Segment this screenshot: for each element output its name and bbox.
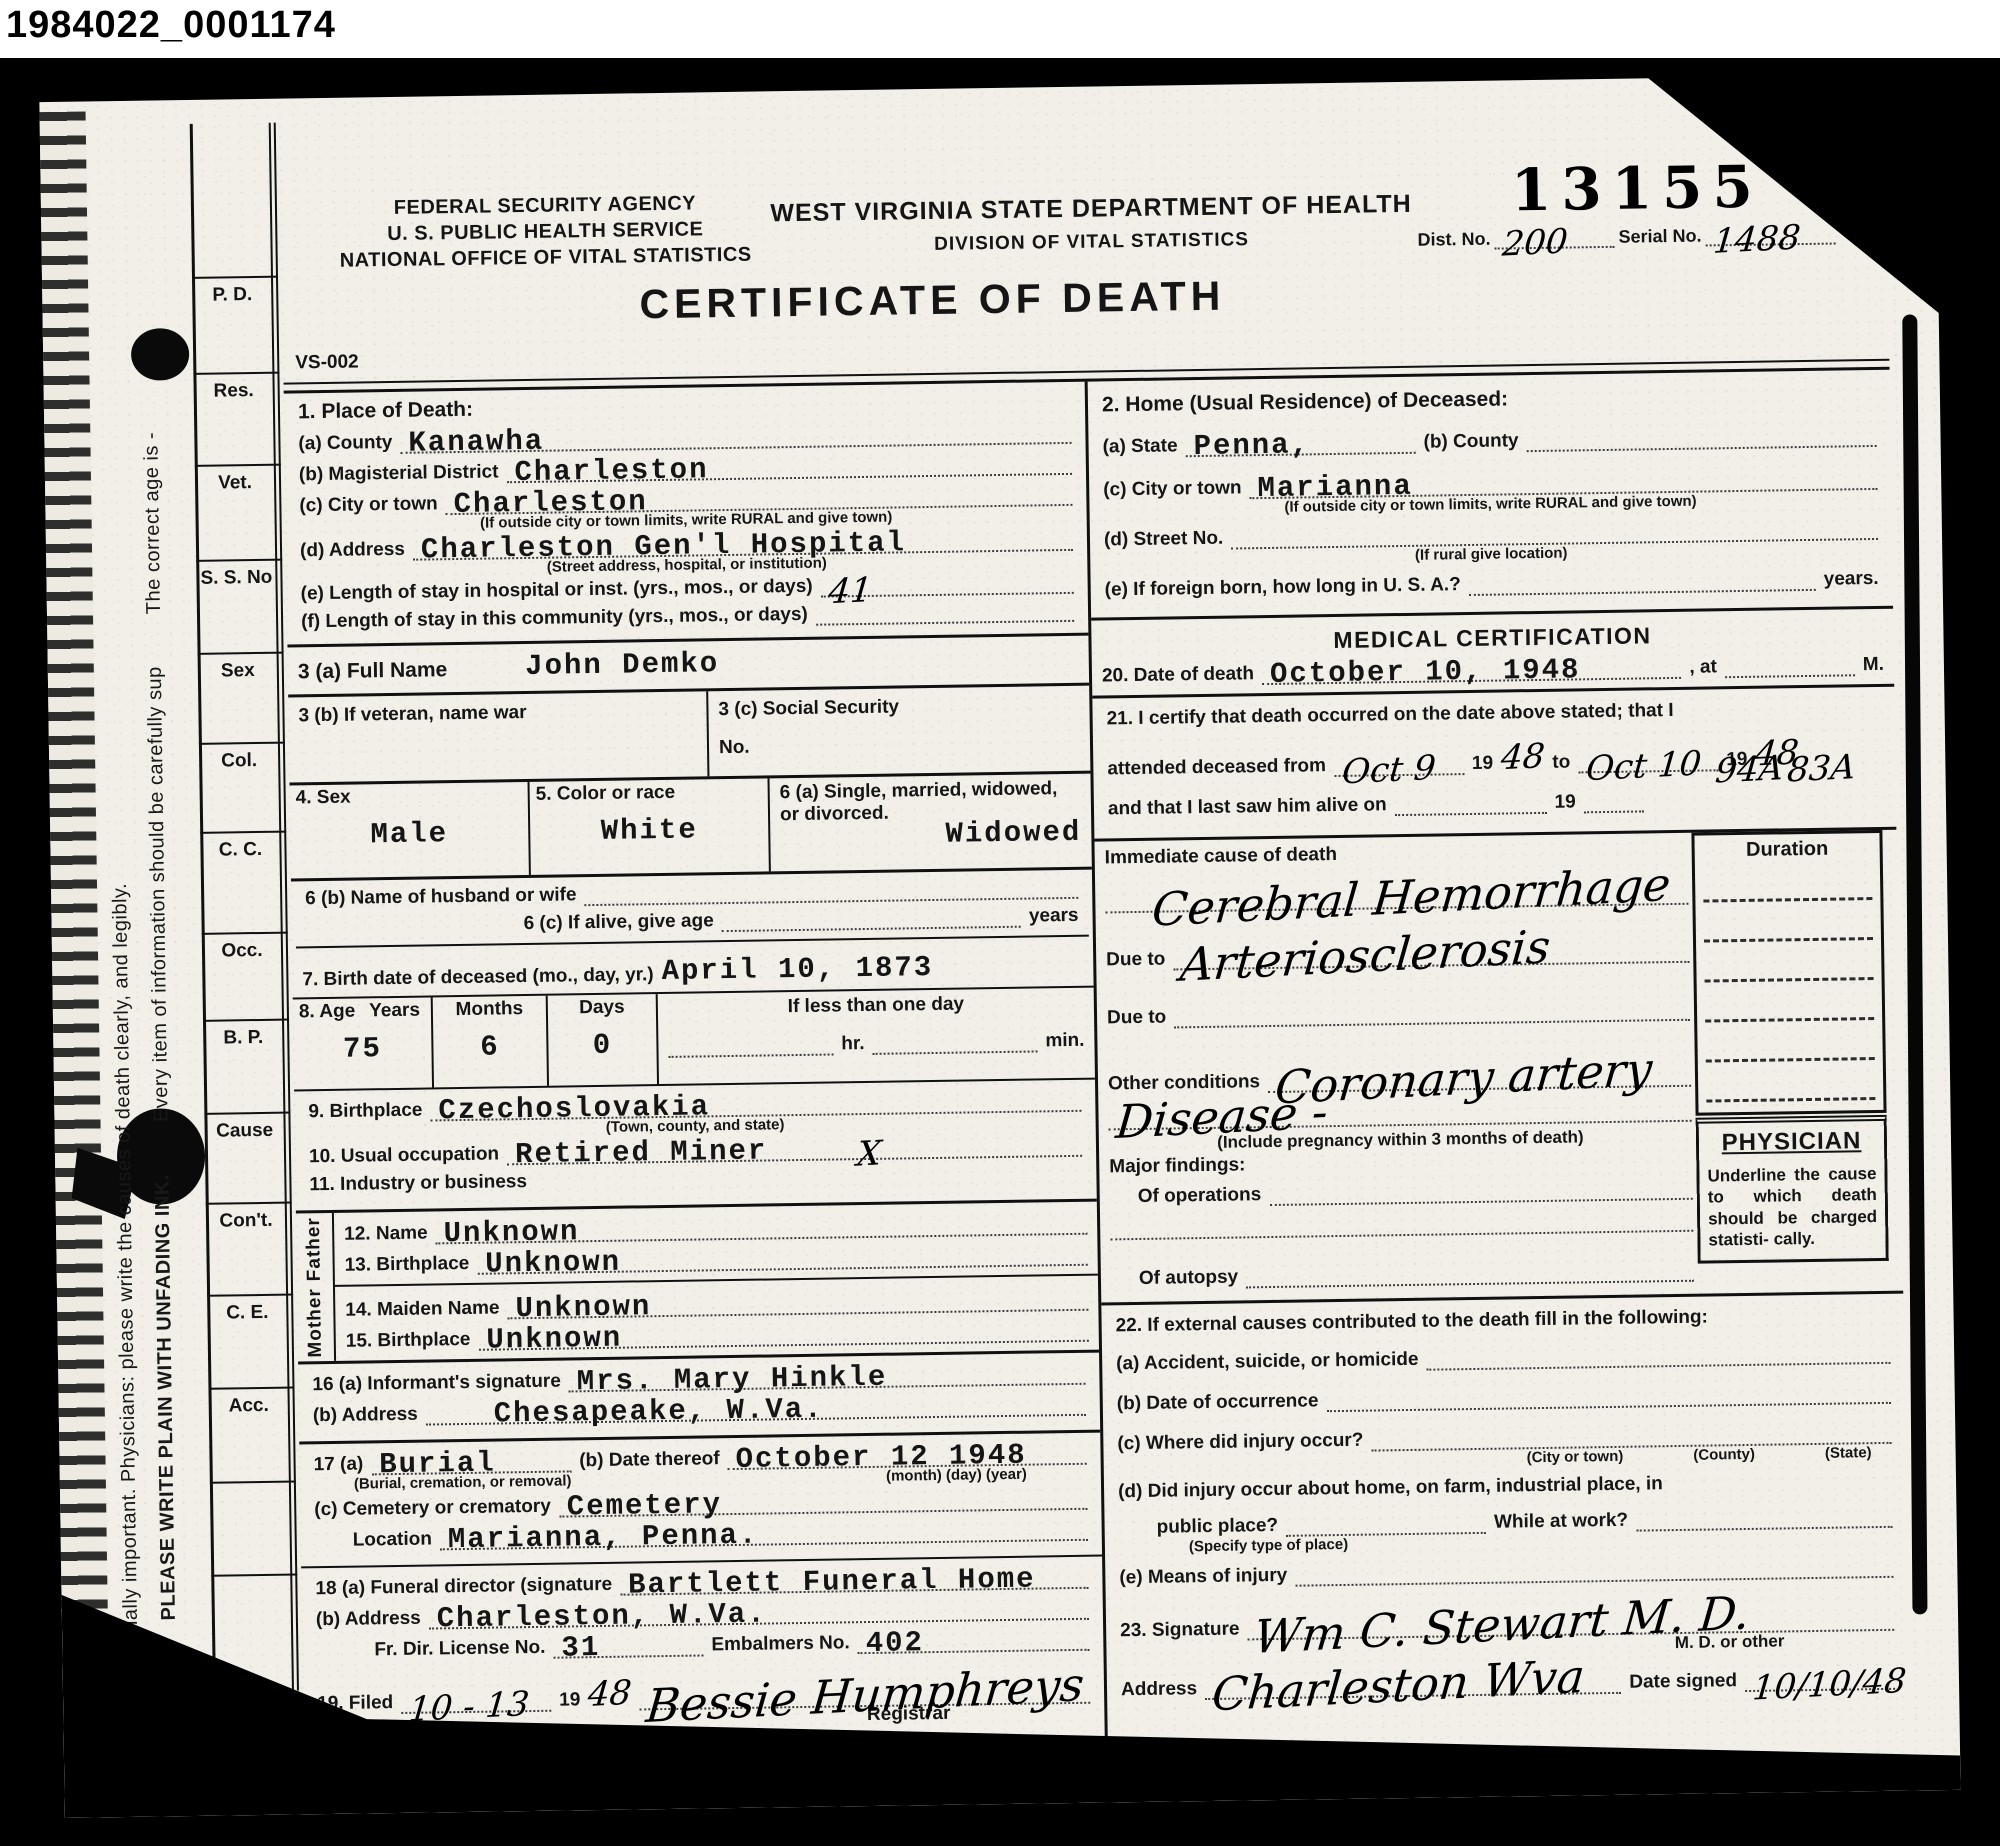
left-column: 1. Place of Death: (a) County Kanawha (b…	[284, 382, 1109, 1785]
birthdate-label: 7. Birth date of deceased (mo., day, yr.…	[302, 964, 654, 991]
certificate-paper: PLEASE WRITE PLAIN WITH UNFADING INK. Ev…	[39, 74, 1960, 1818]
certifier-signature-label: 23. Signature	[1120, 1619, 1240, 1643]
cemetery-location-label: Location	[353, 1528, 432, 1551]
mother-birthplace-value: Unknown	[486, 1324, 622, 1355]
embalmer-label: Embalmers No.	[711, 1632, 850, 1656]
external-c-hint-county: (County)	[1693, 1446, 1755, 1464]
funeral-director-label: 18 (a) Funeral director (signature	[315, 1574, 612, 1600]
page-edge-shadow	[1902, 314, 1927, 1614]
occupation-value: Retired Miner	[515, 1136, 768, 1169]
mother-birthplace-label: 15. Birthplace	[346, 1329, 471, 1353]
hospital-stay-line: 41	[821, 571, 1074, 598]
age-months-value: 6	[439, 1032, 540, 1062]
date-signed-line: 10/10/48	[1745, 1667, 1895, 1692]
home-street-hint: (If rural give location)	[1415, 545, 1568, 564]
margin-label-cause: Cause	[205, 1120, 285, 1143]
external-d-hint: (Specify type of place)	[1189, 1536, 1348, 1555]
last-saw-year-label: 19	[1554, 791, 1575, 813]
veteran-ssn-row: 3 (b) If veteran, name war 3 (c) Social …	[288, 686, 1090, 786]
certify-block: 21. I certify that death occurred on the…	[1092, 687, 1896, 842]
ssn-label-2: No.	[719, 732, 1080, 759]
department-line-2: DIVISION OF VITAL STATISTICS	[711, 226, 1471, 259]
age-days-cell: Days 0	[548, 994, 659, 1086]
due-to-2-label: Due to	[1107, 1007, 1166, 1030]
disposition-hint: (Burial, cremation, or removal)	[354, 1472, 572, 1492]
margin-instruction-1-rest: Every item of information should be care…	[144, 666, 173, 1122]
external-c-hint-state: (State)	[1825, 1444, 1872, 1462]
cemetery-label: (c) Cemetery or crematory	[314, 1496, 551, 1522]
age-less-cell: If less than one day hr. min.	[658, 988, 1095, 1084]
attended-from-year-value: 48	[1499, 739, 1546, 775]
margin-label-ssno: S. S. No	[196, 567, 276, 590]
father-name-label: 12. Name	[344, 1223, 428, 1246]
date-of-death-at-label: , at	[1689, 656, 1717, 678]
age-min-label: min.	[1045, 1030, 1084, 1053]
external-e-label: (e) Means of injury	[1119, 1565, 1287, 1589]
veteran-cell: 3 (b) If veteran, name war	[288, 691, 709, 782]
home-state-line: Penna,	[1185, 429, 1415, 457]
spacer	[306, 935, 516, 938]
mother-birthplace-line: Unknown	[478, 1317, 1089, 1351]
age-months-label: Months	[439, 998, 540, 1021]
duration-line	[1705, 1020, 1875, 1063]
foreign-born-label: (e) If foreign born, how long in U. S. A…	[1105, 574, 1461, 601]
external-e-line	[1295, 1572, 1893, 1587]
full-name-label: 3 (a) Full Name	[298, 658, 448, 684]
cemetery-location-line: Marianna, Penna.	[440, 1516, 1088, 1551]
external-causes-block: 22. If external causes contributed to th…	[1101, 1291, 1907, 1601]
date-of-death-value: October 10, 1948	[1270, 655, 1581, 689]
veteran-label: 3 (b) If veteran, name war	[298, 702, 526, 726]
age-years-label: Years	[369, 1000, 420, 1023]
home-street-label: (d) Street No.	[1104, 528, 1224, 552]
community-stay-label: (f) Length of stay in this community (yr…	[301, 604, 808, 634]
age-years-value: 75	[299, 1034, 425, 1065]
district-number-label: Dist. No.	[1417, 229, 1490, 251]
ssn-cell: 3 (c) Social Security No.	[708, 686, 1090, 777]
disposition-date-hint: (month) (day) (year)	[886, 1466, 1027, 1485]
age-months-cell: Months 6	[433, 996, 549, 1088]
sex-race-marital-row: 4. Sex Male 5. Color or race White 6 (a)…	[290, 774, 1092, 882]
funeral-director-value: Bartlett Funeral Home	[628, 1565, 1036, 1600]
informant-address-label: (b) Address	[313, 1404, 418, 1428]
home-county-label: (b) County	[1423, 430, 1518, 453]
informant-signature-value: Mrs. Mary Hinkle	[577, 1363, 888, 1397]
external-heading: 22. If external causes contributed to th…	[1115, 1307, 1708, 1338]
date-of-death-time-line	[1725, 670, 1855, 678]
informant-block: 16 (a) Informant's signature Mrs. Mary H…	[298, 1353, 1100, 1445]
city-label: (c) City or town	[299, 493, 438, 517]
certify-line-1: 21. I certify that death occurred on the…	[1106, 700, 1673, 730]
parents-block: Father Mother 12. Name Unknown 13. Birth…	[296, 1199, 1099, 1365]
alive-age-label: 6 (c) If alive, give age	[523, 910, 713, 935]
margin-label-vet: Vet.	[195, 472, 275, 495]
disposition-label: 17 (a)	[313, 1454, 363, 1477]
duration-line	[1706, 1060, 1876, 1103]
date-of-death-m-label: M.	[1863, 654, 1884, 676]
home-state-label: (a) State	[1102, 435, 1177, 458]
department-block: WEST VIRGINIA STATE DEPARTMENT OF HEALTH…	[711, 189, 1472, 259]
age-label: 8. Age	[299, 1001, 356, 1024]
section-home: 2. Home (Usual Residence) of Deceased: (…	[1088, 370, 1893, 621]
alive-age-line	[722, 922, 1021, 932]
due-to-2-line	[1174, 987, 1690, 1029]
spacer	[162, 1128, 163, 1168]
father-birthplace-label: 13. Birthplace	[345, 1253, 470, 1277]
father-birthplace-line: Unknown	[477, 1241, 1088, 1275]
margin-label-acc: Acc.	[209, 1395, 289, 1418]
age-min-line	[873, 1046, 1038, 1054]
home-heading: 2. Home (Usual Residence) of Deceased:	[1102, 387, 1508, 417]
margin-instruction-1-top: The correct age is -	[140, 432, 165, 615]
margin-instruction-1: PLEASE WRITE PLAIN WITH UNFADING INK. Ev…	[137, 220, 181, 1620]
mother-maiden-label: 14. Maiden Name	[345, 1297, 499, 1321]
serial-number-label: Serial No.	[1618, 226, 1701, 248]
margin-label-cc: C. C.	[200, 839, 280, 862]
physician-label: PHYSICIAN	[1707, 1127, 1876, 1158]
spacer	[317, 1661, 367, 1662]
external-d-label-2: public place?	[1156, 1515, 1278, 1539]
informant-signature-line: Mrs. Mary Hinkle	[569, 1360, 1086, 1393]
agency-line-3: NATIONAL OFFICE OF VITAL STATISTICS	[340, 242, 752, 274]
cause-of-death-main: Immediate cause of death Cerebral Hemorr…	[1094, 833, 1698, 1303]
embalmer-line: 402	[858, 1626, 1090, 1654]
embalmer-value: 402	[866, 1628, 925, 1658]
last-saw-year-line	[1584, 806, 1644, 813]
attended-from-line: Oct 9	[1334, 752, 1464, 777]
age-days-value: 0	[554, 1030, 650, 1060]
funeral-block: 18 (a) Funeral director (signature Bartl…	[301, 1557, 1103, 1674]
date-signed-label: Date signed	[1629, 1670, 1737, 1694]
operations-line	[1269, 1170, 1693, 1206]
attended-from-year-label: 19	[1472, 753, 1493, 775]
margin-label-col: Col.	[199, 750, 279, 773]
margin-label-cont: Con't.	[206, 1210, 286, 1233]
certificate-form: FEDERAL SECURITY AGENCY U. S. PUBLIC HEA…	[280, 111, 1910, 1785]
birthplace-block: 9. Birthplace Czechoslovakia (Town, coun…	[294, 1080, 1097, 1211]
age-less-label: If less than one day	[668, 992, 1084, 1020]
certifier-block: 23. Signature Wm C. Stewart M. D. M. D. …	[1106, 1589, 1910, 1713]
scanner-id-strip: 1984022_0001174	[0, 0, 2000, 58]
immediate-cause-line: Cerebral Hemorrhage	[1105, 861, 1689, 914]
external-b-line	[1327, 1398, 1891, 1412]
district-number-value: 200	[1501, 224, 1569, 261]
due-to-1-value: Arteriosclerosis	[1179, 923, 1553, 987]
cemetery-value: Cemetery	[567, 1490, 723, 1521]
margin-instruction-1-bold: PLEASE WRITE PLAIN WITH UNFADING INK.	[151, 1174, 180, 1621]
serial-number-line: 1488	[1705, 222, 1835, 247]
margin-label-bp: B. P.	[203, 1027, 283, 1050]
mother-label: Mother	[304, 1288, 327, 1358]
informant-address-value: Chesapeake, W.Va.	[494, 1395, 824, 1429]
industry-label: 11. Industry or business	[309, 1171, 527, 1196]
director-license-value: 31	[561, 1633, 600, 1663]
duration-line	[1704, 940, 1874, 983]
physician-note: Underline the cause to which death shoul…	[1707, 1163, 1877, 1250]
last-saw-label: and that I last saw him alive on	[1108, 794, 1387, 820]
external-c-hint-city: (City or town)	[1527, 1448, 1624, 1466]
attended-from-value: Oct 9	[1340, 751, 1436, 790]
funeral-address-value: Charleston, W.Va.	[437, 1600, 767, 1634]
date-of-death-line: October 10, 1948	[1262, 654, 1682, 685]
margin-label-pd: P. D.	[192, 284, 272, 307]
margin-label-res: Res.	[194, 380, 274, 403]
autopsy-label: Of autopsy	[1139, 1267, 1239, 1290]
birthdate-value: April 10, 1873	[661, 953, 933, 986]
foreign-born-suffix: years.	[1824, 568, 1879, 591]
binding-stitch-marks	[40, 111, 108, 1612]
right-column: 2. Home (Usual Residence) of Deceased: (…	[1088, 370, 1911, 1773]
operations-line-2	[1110, 1222, 1693, 1241]
hospital-stay-value: 41	[827, 573, 874, 609]
code-94a: 94A	[1714, 751, 1785, 788]
external-a-label: (a) Accident, suicide, or homicide	[1116, 1349, 1419, 1375]
address-label: (d) Address	[300, 539, 405, 563]
mother-maiden-value: Unknown	[515, 1292, 651, 1323]
attended-to-value: Oct 10	[1585, 747, 1703, 787]
handwritten-codes: 94A 83A	[1715, 745, 1856, 787]
other-conditions-line: Coronary artery	[1268, 1047, 1692, 1093]
informant-signature-label: 16 (a) Informant's signature	[312, 1371, 561, 1397]
certifier-address-label: Address	[1121, 1678, 1197, 1701]
district-number-line: 200	[1494, 225, 1614, 250]
form-number: VS-002	[295, 351, 359, 374]
director-license-line: 31	[553, 1631, 703, 1658]
race-value: White	[536, 815, 762, 847]
other-conditions-value-2: Disease -	[1114, 1088, 1330, 1145]
cause-of-death-grid: Immediate cause of death Cerebral Hemorr…	[1094, 830, 1903, 1303]
cemetery-line: Cemetery	[559, 1485, 1088, 1518]
age-row: 8. Age Years 75 Months 6 Days 0 If	[293, 988, 1095, 1092]
race-cell: 5. Color or race White	[530, 778, 771, 875]
duration-line	[1703, 900, 1873, 943]
external-b-label: (b) Date of occurrence	[1117, 1390, 1319, 1415]
cemetery-location-value: Marianna, Penna.	[448, 1521, 759, 1555]
sex-cell: 4. Sex Male	[290, 782, 531, 879]
immediate-cause-value: Cerebral Hemorrhage	[1150, 861, 1672, 933]
filed-date-line: 10 - 13	[401, 1689, 551, 1714]
duration-line	[1703, 860, 1873, 903]
full-name-value: John Demko	[525, 649, 719, 681]
alive-age-suffix: years	[1029, 905, 1079, 928]
county-value: Kanawha	[408, 427, 544, 458]
margin-label-sex: Sex	[198, 660, 278, 683]
code-83a: 83A	[1786, 750, 1857, 787]
spouse-label: 6 (b) Name of husband or wife	[305, 884, 577, 910]
margin-label-ce: C. E.	[207, 1302, 287, 1325]
operations-label: Of operations	[1138, 1184, 1262, 1208]
birthplace-hint: (Town, county, and state)	[606, 1116, 785, 1136]
major-findings-label: Major findings:	[1109, 1154, 1245, 1178]
due-to-1-label: Due to	[1106, 949, 1165, 972]
external-c-label: (c) Where did injury occur?	[1117, 1430, 1363, 1456]
duration-line	[1705, 980, 1875, 1023]
director-license-label: Fr. Dir. License No.	[374, 1637, 545, 1662]
home-county-line	[1527, 441, 1877, 452]
spacer	[154, 620, 155, 660]
attended-from-label: attended deceased from	[1107, 755, 1326, 780]
occupation-mark: X	[856, 1136, 883, 1171]
external-a-line	[1427, 1358, 1891, 1371]
autopsy-line	[1246, 1252, 1694, 1289]
last-saw-line	[1395, 808, 1547, 816]
sex-label: 4. Sex	[296, 784, 522, 809]
foreign-born-line	[1469, 585, 1816, 596]
parents-rail: Father Mother	[296, 1213, 336, 1362]
duration-label: Duration	[1702, 837, 1871, 863]
disposition-line: Burial	[371, 1447, 571, 1475]
father-birthplace-value: Unknown	[485, 1248, 621, 1279]
father-label: Father	[303, 1217, 326, 1281]
place-of-death-heading: 1. Place of Death:	[298, 398, 473, 425]
community-stay-line	[816, 616, 1074, 626]
informant-address-line: Chesapeake, W.Va.	[426, 1391, 1086, 1426]
external-d-work-label: While at work?	[1494, 1510, 1628, 1534]
race-label: 5. Color or race	[536, 781, 762, 806]
agency-block: FEDERAL SECURITY AGENCY U. S. PUBLIC HEA…	[339, 190, 752, 274]
certifier-address-line: Charleston Wva	[1205, 1659, 1622, 1700]
date-signed-value: 10/10/48	[1751, 1664, 1907, 1706]
scan-id-text: 1984022_0001174	[6, 4, 336, 47]
age-hr-label: hr.	[841, 1033, 865, 1055]
age-years-cell: 8. Age Years 75	[293, 997, 434, 1089]
disposition-block: 17 (a) Burial (b) Date thereof October 1…	[299, 1433, 1102, 1569]
serial-number-value: 1488	[1712, 221, 1802, 259]
funeral-address-label: (b) Address	[316, 1608, 421, 1632]
duration-box: Duration	[1691, 830, 1886, 1116]
home-city-label: (c) City or town	[1103, 477, 1242, 501]
disposition-date-line: October 12 1948	[727, 1440, 1086, 1470]
disposition-date-label: (b) Date thereof	[579, 1448, 720, 1472]
home-state-value: Penna,	[1193, 430, 1310, 461]
date-of-death-label: 20. Date of death	[1102, 663, 1254, 687]
section-place-of-death: 1. Place of Death: (a) County Kanawha (b…	[284, 382, 1089, 648]
cause-of-death-side: Duration PHYSICIAN Underline the cause t…	[1691, 830, 1903, 1294]
marital-label-1: 6 (a) Single, married, widowed,	[780, 778, 1081, 804]
sex-value: Male	[296, 818, 522, 850]
registrar-signature-line: Bessie Humphreys	[639, 1669, 1090, 1711]
magisterial-district-label: (b) Magisterial District	[299, 461, 499, 486]
occupation-label: 10. Usual occupation	[309, 1143, 499, 1168]
attended-to-line: Oct 10	[1578, 748, 1718, 773]
filed-year-label: 19	[559, 1689, 580, 1711]
department-line-1: WEST VIRGINIA STATE DEPARTMENT OF HEALTH	[711, 189, 1471, 229]
county-label: (a) County	[298, 432, 392, 455]
filed-year-value: 48	[587, 1676, 634, 1712]
age-hr-line	[669, 1049, 834, 1057]
marital-cell: 6 (a) Single, married, widowed, or divor…	[769, 774, 1091, 872]
ssn-label: 3 (c) Social Security	[718, 694, 1079, 721]
margin-label-occ: Occ.	[202, 940, 282, 963]
spouse-block: 6 (b) Name of husband or wife 6 (c) If a…	[291, 870, 1093, 957]
certificate-title: CERTIFICATE OF DEATH	[502, 271, 1363, 331]
physician-box: PHYSICIAN Underline the cause to which d…	[1696, 1115, 1889, 1264]
margin-instruction-2: especially important. Physicians: please…	[104, 541, 144, 1681]
magisterial-district-value: Charleston	[514, 455, 708, 487]
external-d-label-1: (d) Did injury occur about home, on farm…	[1118, 1473, 1663, 1503]
funeral-director-line: Bartlett Funeral Home	[620, 1564, 1089, 1596]
age-days-label: Days	[554, 996, 650, 1019]
father-name-value: Unknown	[443, 1217, 579, 1248]
birthplace-label: 9. Birthplace	[308, 1100, 422, 1124]
attended-to-label: to	[1552, 752, 1570, 774]
